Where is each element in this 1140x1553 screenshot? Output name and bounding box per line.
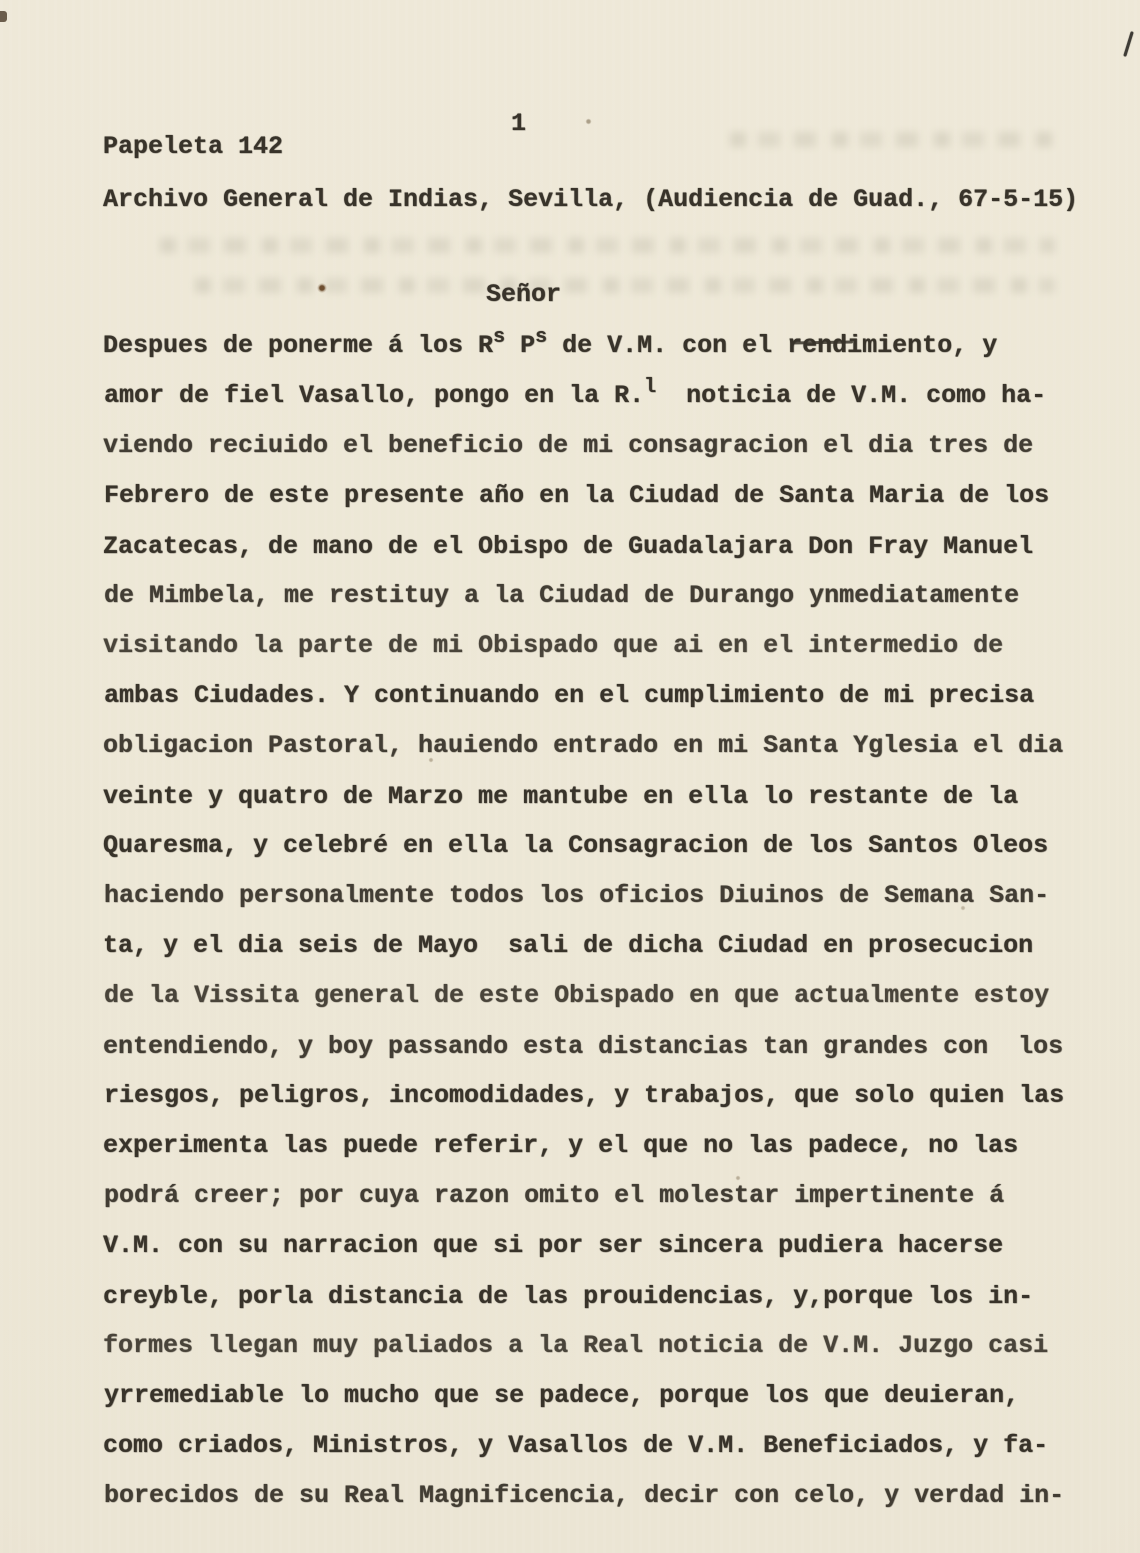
letter-line: Febrero de este presente año en la Ciuda…	[104, 471, 1114, 521]
letter-line: entendiendo, y boy passando esta distanc…	[103, 1022, 1113, 1072]
letter-line: Zacatecas, de mano de el Obispo de Guada…	[103, 522, 1113, 572]
letter-line: Despues de ponerme á los Rs Ps de V.M. c…	[103, 321, 1113, 371]
letter-line: ambas Ciudades. Y continuando en el cump…	[104, 671, 1114, 721]
letter-line: haciendo personalmente todos los oficios…	[104, 871, 1114, 921]
letter-line: yrremediable lo mucho que se padece, por…	[104, 1371, 1114, 1421]
handwritten-corner-mark	[1123, 31, 1133, 57]
bleedthrough-smudge	[730, 132, 1055, 147]
letter-line: Quaresma, y celebré en ella la Consagrac…	[103, 821, 1113, 871]
letter-line: creyble, porla distancia de las prouiden…	[103, 1272, 1113, 1322]
letter-line: viendo reciuido el beneficio de mi consa…	[103, 421, 1113, 471]
letter-line: como criados, Ministros, y Vasallos de V…	[103, 1421, 1113, 1471]
letter-line: amor de fiel Vasallo, pongo en la R.l no…	[104, 371, 1114, 421]
letter-line: V.M. con su narracion que si por ser sin…	[103, 1221, 1113, 1271]
page-number: 1	[511, 111, 526, 136]
letter-line: riesgos, peligros, incomodidades, y trab…	[104, 1071, 1114, 1121]
letter-line: de la Vissita general de este Obispado e…	[104, 971, 1114, 1021]
bleedthrough-smudge	[195, 278, 1055, 293]
letter-line: visitando la parte de mi Obispado que ai…	[103, 621, 1113, 671]
letter-line: ta, y el dia seis de Mayo sali de dicha …	[103, 921, 1113, 971]
archive-reference: Archivo General de Indias, Sevilla, (Aud…	[103, 187, 1078, 212]
letter-line: experimenta las puede referir, y el que …	[103, 1121, 1113, 1171]
superscript-abbreviation: s	[535, 326, 547, 349]
letter-line: veinte y quatro de Marzo me mantube en e…	[103, 772, 1113, 822]
letter-body: Despues de ponerme á los Rs Ps de V.M. c…	[103, 321, 1113, 1521]
superscript-abbreviation: l	[644, 376, 656, 399]
letter-line: de Mimbela, me restituy a la Ciudad de D…	[104, 571, 1114, 621]
letter-line: obligacion Pastoral, hauiendo entrado en…	[103, 721, 1113, 771]
letter-line: podrá creer; por cuya razon omito el mol…	[104, 1171, 1114, 1221]
scanned-letter-page: 1 Papeleta 142 Archivo General de Indias…	[0, 0, 1140, 1553]
edge-ink-blot	[0, 11, 7, 22]
salutation: Señor	[486, 282, 561, 307]
papeleta-label: Papeleta 142	[103, 134, 283, 159]
bleedthrough-smudge	[160, 238, 1055, 253]
superscript-abbreviation: s	[493, 326, 505, 349]
letter-line: borecidos de su Real Magnificencia, deci…	[104, 1471, 1114, 1521]
letter-line: formes llegan muy paliados a la Real not…	[103, 1321, 1113, 1371]
